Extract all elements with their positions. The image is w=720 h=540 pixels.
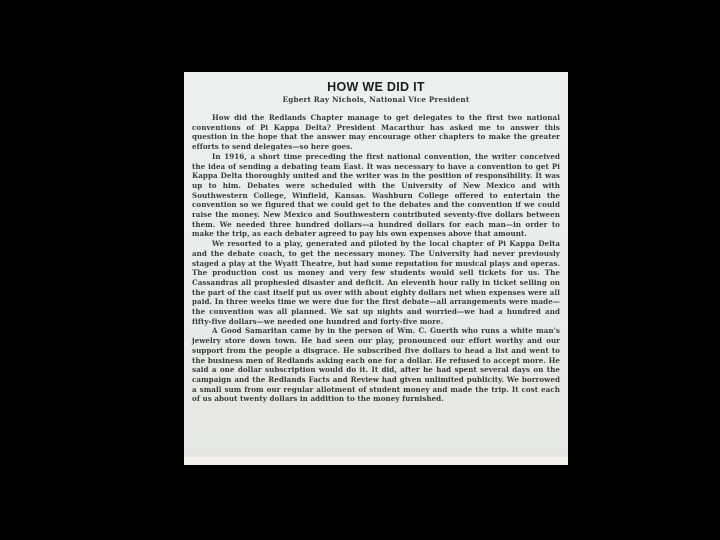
paragraph: We resorted to a play, generated and pil… xyxy=(192,239,560,326)
article-title: HOW WE DID IT xyxy=(192,80,560,94)
scanned-document-page: HOW WE DID IT Egbert Ray Nichols, Nation… xyxy=(184,72,568,465)
paragraph: A Good Samaritan came by in the person o… xyxy=(192,326,560,404)
paragraph: In 1916, a short time preceding the firs… xyxy=(192,152,560,239)
page-bottom-edge xyxy=(184,457,568,465)
article-byline: Egbert Ray Nichols, National Vice Presid… xyxy=(192,95,560,105)
paragraph: How did the Redlands Chapter manage to g… xyxy=(192,113,560,152)
article-body: How did the Redlands Chapter manage to g… xyxy=(192,113,560,404)
